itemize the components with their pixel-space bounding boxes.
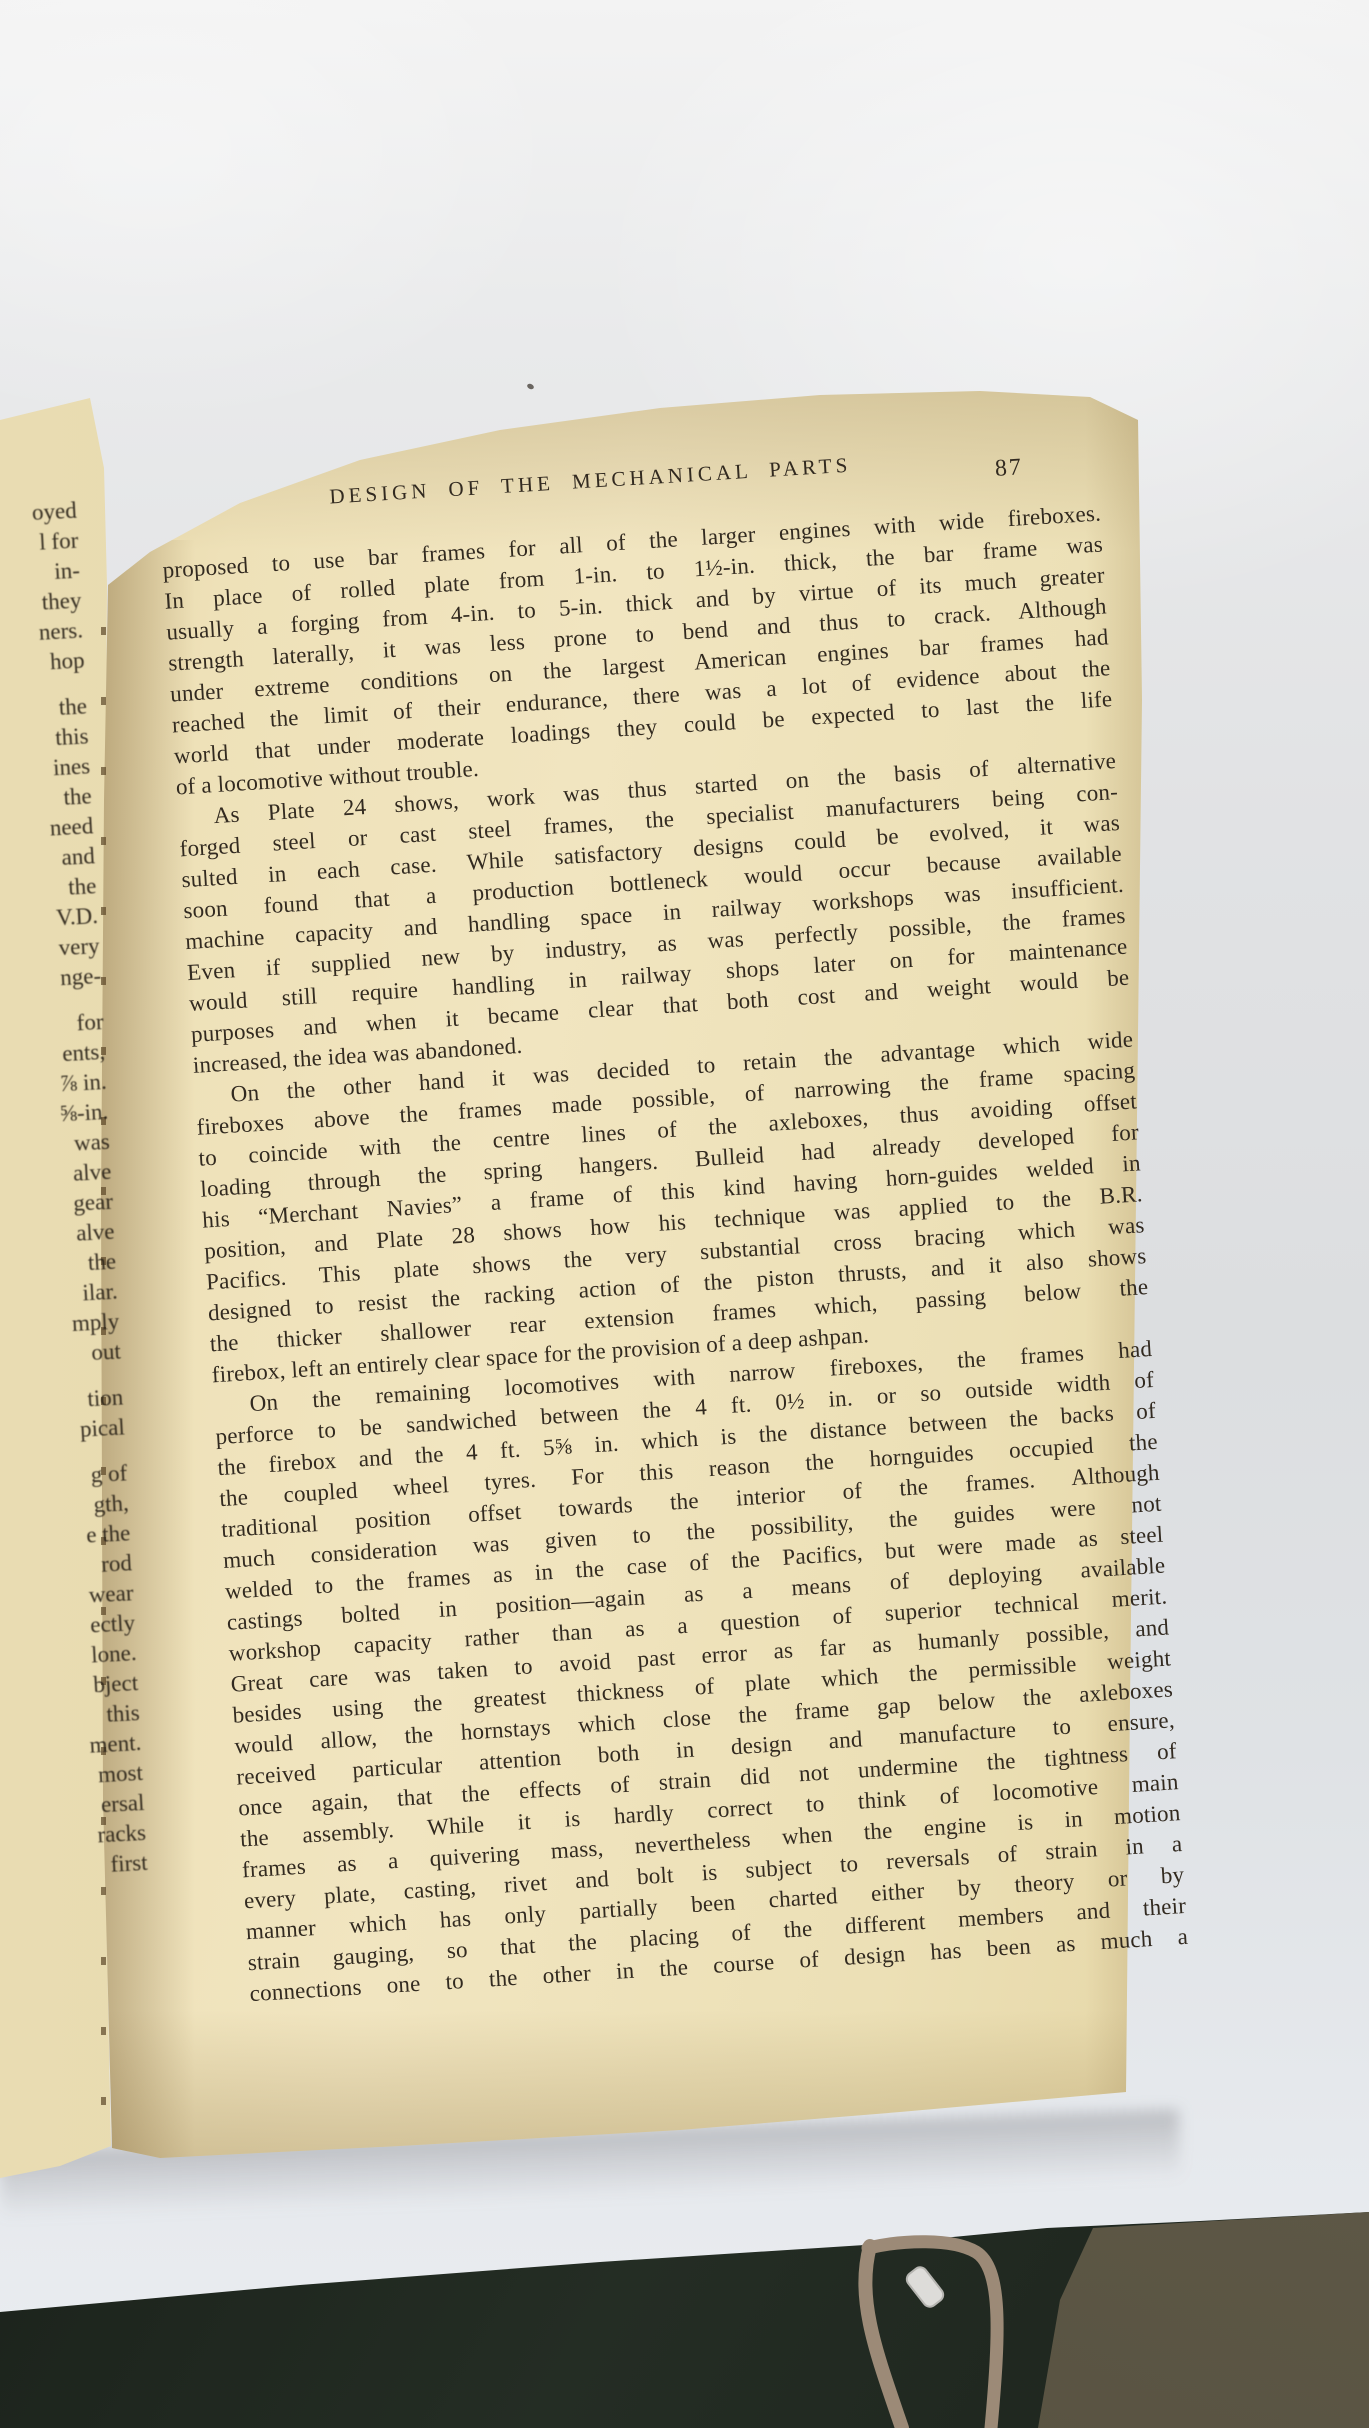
cord-strand xyxy=(865,2246,902,2428)
drawstring-cord xyxy=(0,0,1369,2428)
cord-toggle xyxy=(904,2264,946,2309)
photo-scene: oyedl forin-theyners.hopthethisinesthene… xyxy=(0,0,1369,2428)
